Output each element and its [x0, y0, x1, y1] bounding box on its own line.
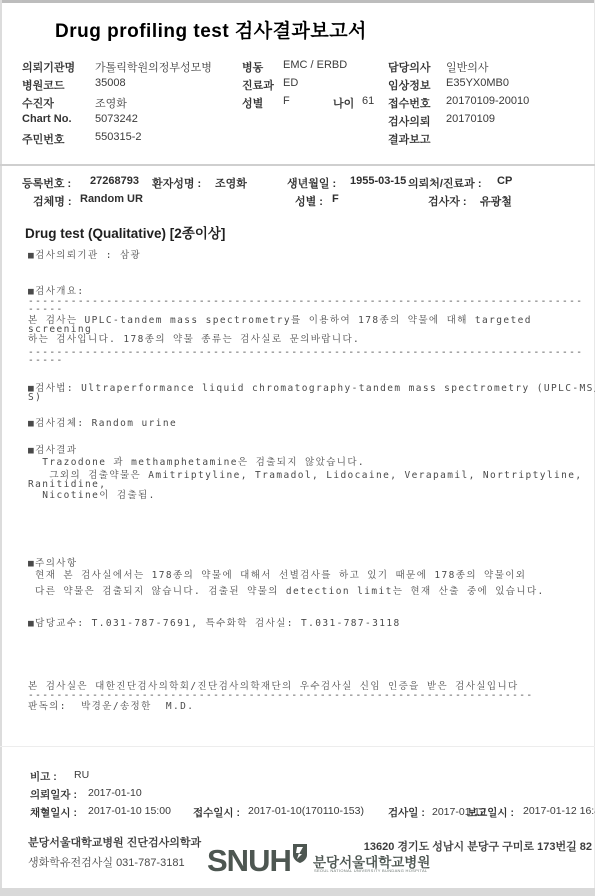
report-caution-line1: 현재 본 검사실에서는 178종의 약물에 대해서 선별검사를 하고 있기 때문…	[28, 570, 526, 581]
footer-lab-phone: 생화학유전검사실 031-787-3181	[28, 854, 185, 870]
label-resident-id: 주민번호	[22, 131, 65, 147]
label-remark: 비고 :	[30, 769, 57, 784]
label-specimen-name: 검체명 :	[33, 193, 72, 209]
snuh-shield-icon	[292, 843, 308, 868]
value-patient-name: 조영화	[215, 175, 247, 191]
value-department: ED	[283, 77, 298, 89]
dashed-separator: -----	[28, 355, 64, 366]
label-patient: 수진자	[22, 95, 54, 111]
report-caution-line2: 다른 약물은 검출되지 않습니다. 검출된 약물의 detection limi…	[28, 586, 545, 597]
report-reader: 판독의: 박경운/송정한 M.D.	[28, 701, 194, 712]
label-patient-name: 환자성명 :	[152, 175, 201, 191]
dashed-separator: -----	[28, 304, 64, 315]
label-age: 나이	[333, 95, 354, 111]
report-request-org: ■검사의뢰기관 : 삼광	[28, 250, 141, 261]
label-birth-date: 생년월일 :	[287, 175, 336, 191]
label-test-request-date: 검사의뢰	[388, 113, 431, 129]
label-collection-datetime: 채혈일시 :	[30, 805, 77, 820]
label-sex: 성별	[242, 95, 263, 111]
label-examiner: 검사자 :	[428, 193, 467, 209]
label-request-date: 의뢰일자 :	[30, 787, 77, 802]
report-method-line1: ■검사법: Ultraperformance liquid chromatogr…	[28, 383, 595, 394]
value-clinical-info: E35YX0MB0	[446, 77, 509, 89]
label-reg-no: 등록번호 :	[22, 175, 71, 191]
value-examiner: 유광철	[480, 193, 512, 209]
value-resident-id: 550315-2	[95, 131, 142, 143]
value-requesting-org: 가톨릭학원의정부성모병	[95, 59, 212, 75]
value-hospital-code: 35008	[95, 77, 126, 89]
page-title: Drug profiling test 검사결과보고서	[55, 16, 367, 43]
value-patient: 조영화	[95, 95, 127, 111]
value-receipt-datetime: 2017-01-10(170110-153)	[248, 805, 364, 817]
report-overview-line3: 하는 검사입니다. 178종의 약물 종류는 검사실로 문의바랍니다.	[28, 334, 360, 345]
value-age: 61	[362, 95, 374, 107]
report-result-heading: ■검사결과	[28, 445, 77, 456]
value-remark: RU	[74, 769, 89, 781]
scan-edge-top	[0, 0, 595, 3]
label-referrer-dept: 의뢰처/진료과 :	[408, 175, 482, 191]
scan-edge-left	[0, 0, 2, 896]
value-report-datetime: 2017-01-12 16:46	[523, 805, 595, 817]
dates-separator-line	[0, 746, 595, 747]
label-clinical-info: 임상정보	[388, 77, 431, 93]
snuh-logo-subtitle: SEOUL NATIONAL UNIVERSITY BUNDANG HOSPIT…	[314, 868, 427, 873]
dashed-separator: ----------------------------------------…	[28, 690, 533, 701]
label-department: 진료과	[242, 77, 274, 93]
report-specimen: ■검사검체: Random urine	[28, 418, 177, 429]
value-referrer-dept: CP	[497, 175, 512, 187]
drug-profiling-report-page: { "page": { "title": "Drug profiling tes…	[0, 0, 595, 896]
value-test-request-date: 20170109	[446, 113, 495, 125]
label-result-report: 결과보고	[388, 131, 431, 147]
report-result-line4: Nicotine이 검출됨.	[28, 490, 156, 501]
label-hospital-code: 병원코드	[22, 77, 65, 93]
header-separator-line	[0, 164, 595, 166]
value-specimen-name: Random UR	[80, 193, 143, 205]
label-reg-sex: 성별 :	[295, 193, 323, 209]
label-report-datetime: 보고일시 :	[467, 805, 514, 820]
value-collection-datetime: 2017-01-10 15:00	[88, 805, 171, 817]
report-contact: ■담당교수: T.031-787-7691, 특수화학 검사실: T.031-7…	[28, 618, 401, 629]
footer-department: 분당서울대학교병원 진단검사의학과	[28, 834, 201, 850]
report-result-line1: Trazodone 과 methamphetamine은 검출되지 않았습니다.	[28, 457, 365, 468]
value-ward: EMC / ERBD	[283, 59, 347, 71]
label-test-date: 검사일 :	[388, 805, 425, 820]
value-birth-date: 1955-03-15	[350, 175, 406, 187]
value-request-date: 2017-01-10	[88, 787, 142, 799]
value-receipt-no: 20170109-20010	[446, 95, 529, 107]
label-receipt-no: 접수번호	[388, 95, 431, 111]
report-method-line2: S)	[28, 392, 42, 403]
value-reg-sex: F	[332, 193, 339, 205]
test-name-heading: Drug test (Qualitative) [2종이상]	[25, 222, 225, 242]
value-reg-no: 27268793	[90, 175, 139, 187]
label-attending-doctor: 담당의사	[388, 59, 431, 75]
report-result-line3: Ranitidine,	[28, 479, 106, 490]
dashed-separator: ----------------------------------------…	[28, 347, 583, 358]
value-attending-doctor: 일반의사	[446, 59, 489, 75]
dashed-separator: ----------------------------------------…	[28, 296, 583, 307]
value-chart-no: 5073242	[95, 113, 138, 125]
label-ward: 병동	[242, 59, 263, 75]
label-requesting-org: 의뢰기관명	[22, 59, 75, 75]
label-chart-no: Chart No.	[22, 113, 72, 125]
report-result-line2: 그외의 검출약물은 Amitriptyline, Tramadol, Lidoc…	[28, 470, 583, 481]
snuh-logo-text: SNUH	[207, 843, 291, 879]
report-caution-heading: ■주의사항	[28, 558, 77, 569]
label-receipt-datetime: 접수일시 :	[193, 805, 240, 820]
footer-address: 13620 경기도 성남시 분당구 구미로 173번길 82	[330, 838, 592, 854]
scan-edge-bottom	[0, 888, 595, 896]
report-overview-line1: 본 검사는 UPLC-tandem mass spectrometry를 이용하…	[28, 315, 532, 326]
value-sex: F	[283, 95, 290, 107]
